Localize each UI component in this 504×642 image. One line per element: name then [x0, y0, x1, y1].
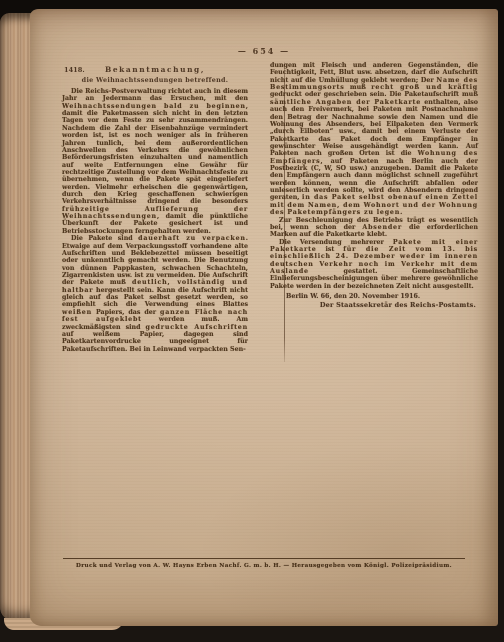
- text-column-right: dungen mit Fleisch und anderen Gegenstän…: [270, 62, 478, 353]
- paragraph: Die Versendung mehrerer Pakete mit einer…: [270, 239, 478, 291]
- footer-imprint: Druck und Verlag von A. W. Hayns Erben N…: [30, 563, 498, 569]
- column-divider-rule: [284, 62, 285, 362]
- right-column-paragraphs: dungen mit Fleisch und anderen Gegenstän…: [270, 62, 478, 290]
- document-page: — 654 — 1418. Bekanntmachung, die Weihna…: [30, 9, 498, 626]
- article-body: Die Reichs-Postverwaltung richtet auch i…: [62, 88, 498, 353]
- dateline: Berlin W. 66, den 20. November 1916.: [270, 293, 478, 300]
- page-footer: Druck und Verlag von A. W. Hayns Erben N…: [30, 558, 498, 569]
- signature: Der Staatssekretär des Reichs-Postamts.: [270, 301, 478, 309]
- article-title: Bekanntmachung,: [62, 65, 248, 74]
- book-scan: — 654 — 1418. Bekanntmachung, die Weihna…: [0, 0, 504, 642]
- text-column-left: Die Reichs-Postverwaltung richtet auch i…: [62, 88, 248, 353]
- paragraph: Die Pakete sind dauerhaft zu verpacken. …: [62, 235, 248, 353]
- paragraph: Die Reichs-Postverwaltung richtet auch i…: [62, 88, 248, 235]
- article-number: 1418.: [64, 66, 85, 74]
- paragraph: dungen mit Fleisch und anderen Gegenstän…: [270, 62, 478, 217]
- page-number: — 654 —: [30, 46, 498, 56]
- article-header: 1418. Bekanntmachung, die Weihnachtssend…: [62, 65, 248, 84]
- footer-rule: [63, 558, 465, 559]
- paragraph: Zur Beschleunigung des Betriebs trägt es…: [270, 217, 478, 239]
- article-subtitle: die Weihnachtssendungen betreffend.: [62, 76, 248, 84]
